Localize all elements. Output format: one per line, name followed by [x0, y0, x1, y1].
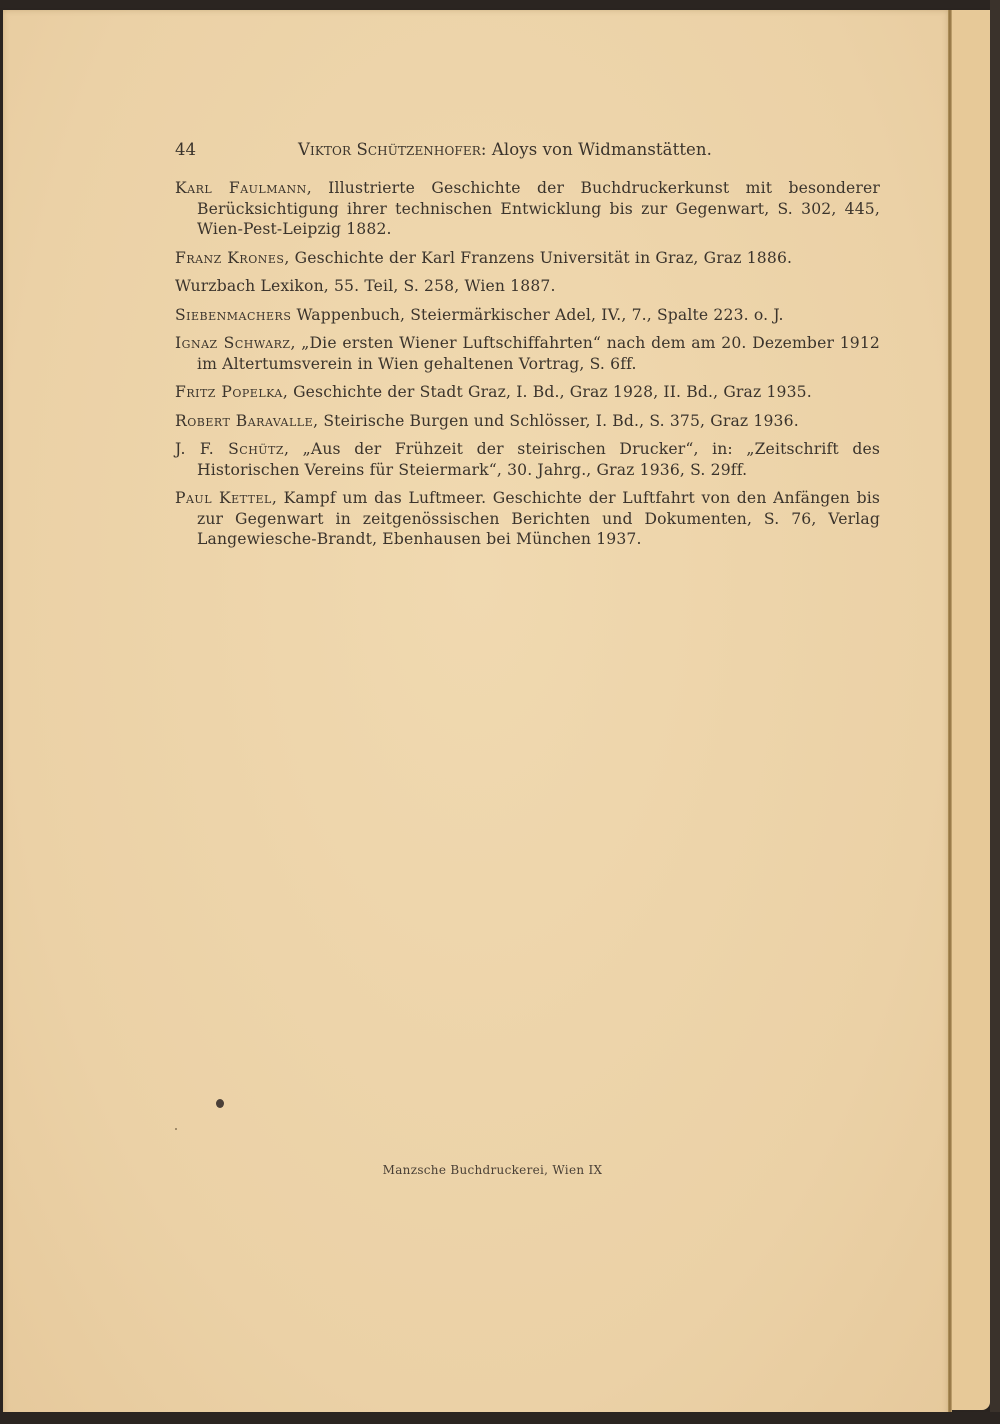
printer-imprint: Manzsche Buchdruckerei, Wien IX	[0, 1163, 945, 1177]
entry-text: , „Aus der Frühzeit der steirischen Druc…	[197, 440, 880, 479]
entry-author: Franz Krones	[175, 249, 284, 267]
page-number: 44	[175, 140, 196, 159]
running-title: Viktor Schützenhofer: Aloys von Widmanst…	[298, 140, 712, 159]
bibliography-entry: Siebenmachers Wappenbuch, Steiermärkisch…	[175, 305, 880, 326]
bibliography-entry: Ignaz Schwarz, „Die ersten Wiener Luftsc…	[175, 333, 880, 374]
header-author: Viktor Schützenhofer	[298, 140, 481, 159]
entry-text: , Kampf um das Luftmeer. Geschichte der …	[197, 489, 880, 548]
entry-text: , Geschichte der Stadt Graz, I. Bd., Gra…	[283, 383, 812, 401]
ink-speck	[216, 1099, 224, 1108]
bibliography-entry: Fritz Popelka, Geschichte der Stadt Graz…	[175, 382, 880, 403]
ink-speck	[175, 1128, 177, 1130]
entry-author: Siebenmachers	[175, 306, 291, 324]
bibliography-entry: Franz Krones, Geschichte der Karl Franze…	[175, 248, 880, 269]
next-page-edge	[952, 10, 990, 1410]
bibliography-entry: Wurzbach Lexikon, 55. Teil, S. 258, Wien…	[175, 276, 880, 297]
entry-author: Fritz Popelka	[175, 383, 283, 401]
entry-author: Ignaz Schwarz	[175, 334, 291, 352]
entry-author: Robert Baravalle	[175, 412, 313, 430]
bibliography-list: Karl Faulmann, Illustrierte Geschichte d…	[175, 178, 880, 558]
scan-bottom-border	[0, 1412, 1000, 1424]
entry-author: J. F. Schütz	[175, 440, 284, 458]
running-header: 44 Viktor Schützenhofer: Aloys von Widma…	[175, 140, 875, 162]
entry-text: Wurzbach Lexikon, 55. Teil, S. 258, Wien…	[175, 277, 556, 295]
bibliography-entry: Paul Kettel, Kampf um das Luftmeer. Gesc…	[175, 488, 880, 550]
header-title: : Aloys von Widmanstätten.	[481, 140, 712, 159]
bibliography-entry: J. F. Schütz, „Aus der Frühzeit der stei…	[175, 439, 880, 480]
entry-author: Karl Faulmann	[175, 179, 307, 197]
entry-text: , „Die ersten Wiener Luftschiffahrten“ n…	[197, 334, 880, 373]
entry-text: Wappenbuch, Steiermärkischer Adel, IV., …	[291, 306, 783, 324]
entry-text: , Geschichte der Karl Franzens Universit…	[284, 249, 792, 267]
bibliography-entry: Robert Baravalle, Steirische Burgen und …	[175, 411, 880, 432]
scan-top-border	[0, 0, 1000, 8]
bibliography-entry: Karl Faulmann, Illustrierte Geschichte d…	[175, 178, 880, 240]
scan-right-border	[990, 0, 1000, 1424]
entry-text: , Steirische Burgen und Schlösser, I. Bd…	[313, 412, 799, 430]
entry-author: Paul Kettel	[175, 489, 272, 507]
